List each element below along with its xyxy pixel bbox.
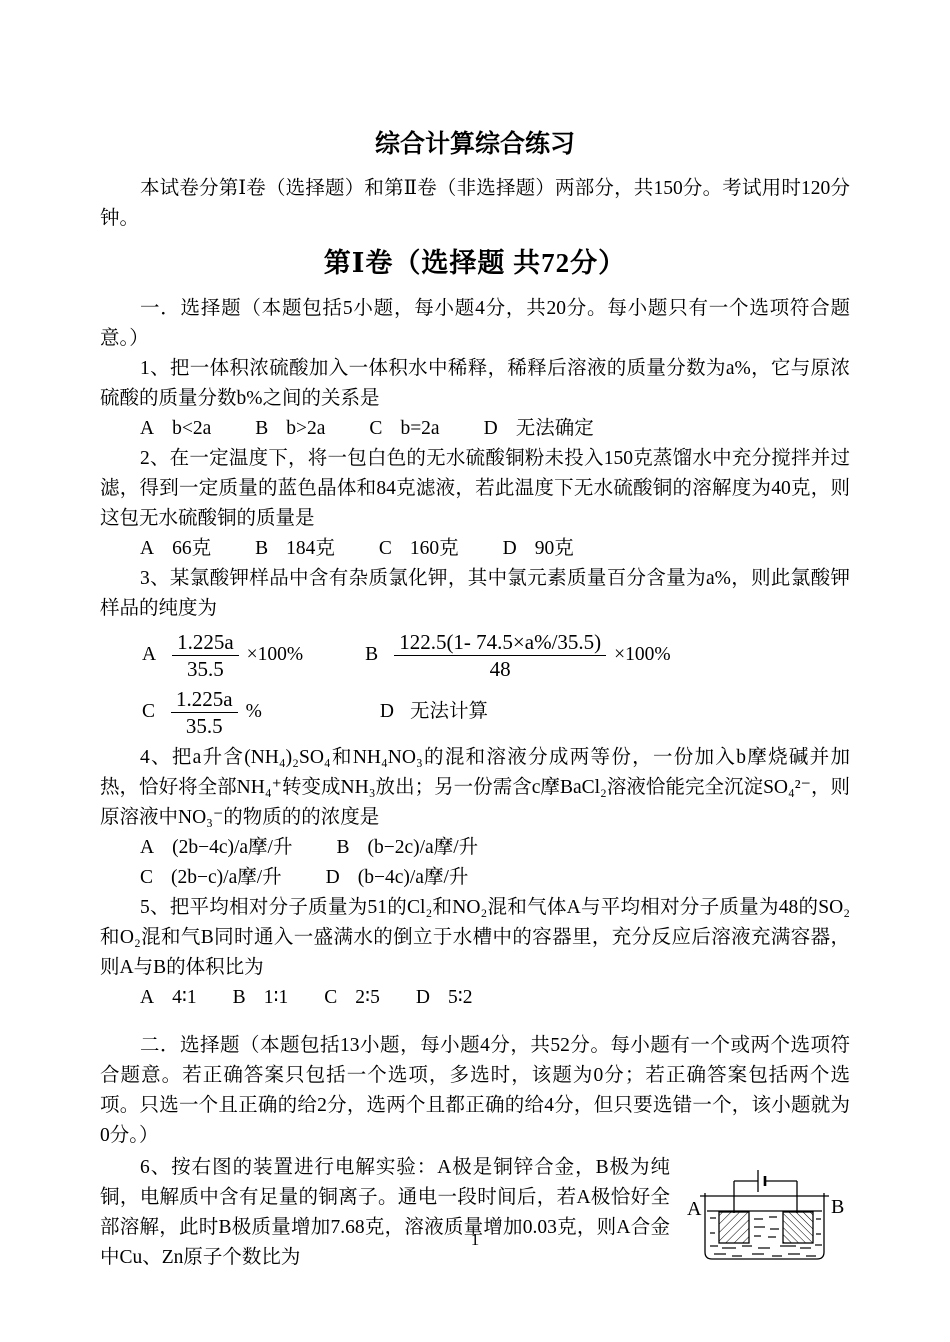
figure-label-a: A bbox=[687, 1198, 702, 1220]
fraction: 122.5(1- 74.5×a%/35.5) 48 bbox=[394, 630, 606, 681]
option-text: 66克 bbox=[172, 534, 211, 564]
option-label: B bbox=[255, 534, 268, 564]
option-text: (b−2c)/a摩/升 bbox=[368, 833, 479, 863]
option-text: 90克 bbox=[535, 534, 574, 564]
question-5-stem: 5、把平均相对分子质量为51的Cl₂和NO₂混和气体A与平均相对分子质量为48的… bbox=[100, 893, 850, 983]
question-3-options-row2: C 1.225a 35.5 % D 无法计算 bbox=[100, 686, 850, 738]
option-text: 5∶2 bbox=[448, 983, 473, 1013]
option-d: D5∶2 bbox=[416, 983, 473, 1013]
fraction-suffix: ×100% bbox=[247, 640, 304, 670]
battery-icon bbox=[758, 1170, 765, 1192]
option-c: C(2b−c)/a摩/升 bbox=[140, 863, 282, 893]
fraction-numerator: 122.5(1- 74.5×a%/35.5) bbox=[394, 630, 606, 656]
option-label: A bbox=[140, 833, 154, 863]
option-b: B184克 bbox=[255, 534, 335, 564]
option-text: 无法确定 bbox=[516, 414, 594, 444]
option-a: A4∶1 bbox=[140, 983, 197, 1013]
question-3-options-row1: A 1.225a 35.5 ×100% B 122.5(1- 74.5×a%/3… bbox=[100, 629, 850, 681]
option-b: B 122.5(1- 74.5×a%/35.5) 48 ×100% bbox=[365, 630, 671, 681]
fraction: 1.225a 35.5 bbox=[172, 630, 239, 681]
fraction-denominator: 35.5 bbox=[186, 713, 223, 738]
question-4-options-row2: C(2b−c)/a摩/升 D(b−4c)/a摩/升 bbox=[100, 863, 850, 893]
option-label: A bbox=[142, 640, 156, 670]
option-a: A(2b−4c)/a摩/升 bbox=[140, 833, 292, 863]
option-label: C bbox=[369, 414, 382, 444]
option-d: D90克 bbox=[503, 534, 574, 564]
figure-label-b: B bbox=[831, 1196, 844, 1218]
option-a: A66克 bbox=[140, 534, 211, 564]
option-label: D bbox=[503, 534, 517, 564]
exam-intro: 本试卷分第Ⅰ卷（选择题）和第Ⅱ卷（非选择题）两部分，共150分。考试用时120分… bbox=[100, 174, 850, 234]
option-c: C2∶5 bbox=[324, 983, 380, 1013]
page-number: 1 bbox=[0, 1230, 950, 1250]
part1-heading: 第Ⅰ卷（选择题 共72分） bbox=[100, 242, 850, 284]
option-label: C bbox=[140, 863, 153, 893]
section2-intro: 二．选择题（本题包括13小题，每小题4分，共52分。每小题有一个或两个选项符合题… bbox=[100, 1031, 850, 1151]
fraction-denominator: 48 bbox=[490, 656, 511, 681]
document-body: 综合计算综合练习 本试卷分第Ⅰ卷（选择题）和第Ⅱ卷（非选择题）两部分，共150分… bbox=[0, 0, 950, 1273]
option-b: B1∶1 bbox=[233, 983, 289, 1013]
question-3-stem: 3、某氯酸钾样品中含有杂质氯化钾，其中氯元素质量百分含量为a%，则此氯酸钾样品的… bbox=[100, 564, 850, 624]
question-5-options: A4∶1 B1∶1 C2∶5 D5∶2 bbox=[100, 983, 850, 1013]
fraction-denominator: 35.5 bbox=[187, 656, 224, 681]
option-label: B bbox=[336, 833, 349, 863]
section1-intro: 一．选择题（本题包括5小题，每小题4分，共20分。每小题只有一个选项符合题意。） bbox=[100, 294, 850, 354]
option-label: C bbox=[142, 697, 155, 727]
option-text: 184克 bbox=[286, 534, 335, 564]
fraction-suffix: % bbox=[246, 697, 262, 727]
option-text: b>2a bbox=[286, 414, 325, 444]
question-1-stem: 1、把一体积浓硫酸加入一体积水中稀释，稀释后溶液的质量分数为a%，它与原浓硫酸的… bbox=[100, 354, 850, 414]
option-label: C bbox=[379, 534, 392, 564]
option-label: D bbox=[326, 863, 340, 893]
option-label: D bbox=[380, 697, 394, 727]
exam-page: 综合计算综合练习 本试卷分第Ⅰ卷（选择题）和第Ⅱ卷（非选择题）两部分，共150分… bbox=[0, 0, 950, 1342]
option-label: B bbox=[233, 983, 246, 1013]
option-label: C bbox=[324, 983, 337, 1013]
option-text: (2b−c)/a摩/升 bbox=[171, 863, 282, 893]
fraction-numerator: 1.225a bbox=[172, 630, 239, 656]
question-4-options-row1: A(2b−4c)/a摩/升 B(b−2c)/a摩/升 bbox=[100, 833, 850, 863]
question-6: A B 6、按右图的装置进行电解实验：A极是铜锌合金，B极为纯铜，电解质中含有足… bbox=[100, 1153, 850, 1273]
option-label: A bbox=[140, 534, 154, 564]
question-1-options: Ab<2a Bb>2a Cb=2a D无法确定 bbox=[100, 414, 850, 444]
option-b: Bb>2a bbox=[255, 414, 325, 444]
fraction-numerator: 1.225a bbox=[171, 687, 238, 713]
option-text: b=2a bbox=[400, 414, 439, 444]
electrolysis-figure: A B bbox=[684, 1157, 850, 1267]
option-c: Cb=2a bbox=[369, 414, 439, 444]
option-text: b<2a bbox=[172, 414, 211, 444]
option-label: B bbox=[255, 414, 268, 444]
option-label: D bbox=[416, 983, 430, 1013]
question-2-options: A66克 B184克 C160克 D90克 bbox=[100, 534, 850, 564]
option-label: D bbox=[484, 414, 498, 444]
option-label: B bbox=[365, 640, 378, 670]
option-text: 2∶5 bbox=[355, 983, 380, 1013]
option-b: B(b−2c)/a摩/升 bbox=[336, 833, 478, 863]
option-label: A bbox=[140, 414, 154, 444]
option-d: D无法确定 bbox=[484, 414, 594, 444]
option-text: (b−4c)/a摩/升 bbox=[358, 863, 469, 893]
option-c: C160克 bbox=[379, 534, 459, 564]
option-text: (2b−4c)/a摩/升 bbox=[172, 833, 292, 863]
question-4-stem: 4、把a升含(NH₄)₂SO₄和NH₄NO₃的混和溶液分成两等份，一份加入b摩烧… bbox=[100, 743, 850, 833]
question-2-stem: 2、在一定温度下，将一包白色的无水硫酸铜粉未投入150克蒸馏水中充分搅拌并过滤，… bbox=[100, 444, 850, 534]
option-text: 1∶1 bbox=[264, 983, 289, 1013]
option-text: 4∶1 bbox=[172, 983, 197, 1013]
option-d: D(b−4c)/a摩/升 bbox=[326, 863, 469, 893]
option-label: A bbox=[140, 983, 154, 1013]
option-a: Ab<2a bbox=[140, 414, 211, 444]
document-title: 综合计算综合练习 bbox=[100, 128, 850, 162]
option-a: A 1.225a 35.5 ×100% bbox=[142, 630, 303, 681]
option-text: 无法计算 bbox=[410, 697, 488, 727]
fraction: 1.225a 35.5 bbox=[171, 687, 238, 738]
option-text: 160克 bbox=[410, 534, 459, 564]
option-c: C 1.225a 35.5 % bbox=[142, 687, 262, 738]
fraction-suffix: ×100% bbox=[614, 640, 671, 670]
option-d: D 无法计算 bbox=[380, 697, 488, 727]
